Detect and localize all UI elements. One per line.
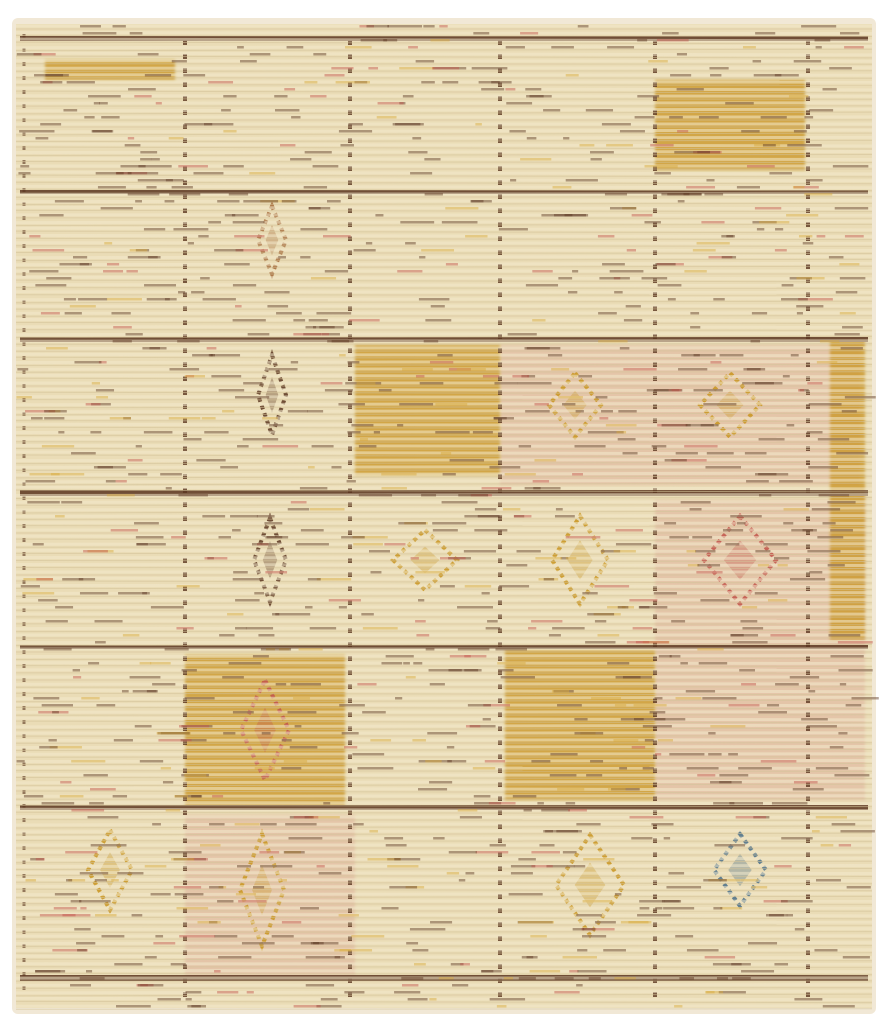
rug-photo	[0, 0, 883, 1024]
woven-rug	[0, 0, 883, 1024]
